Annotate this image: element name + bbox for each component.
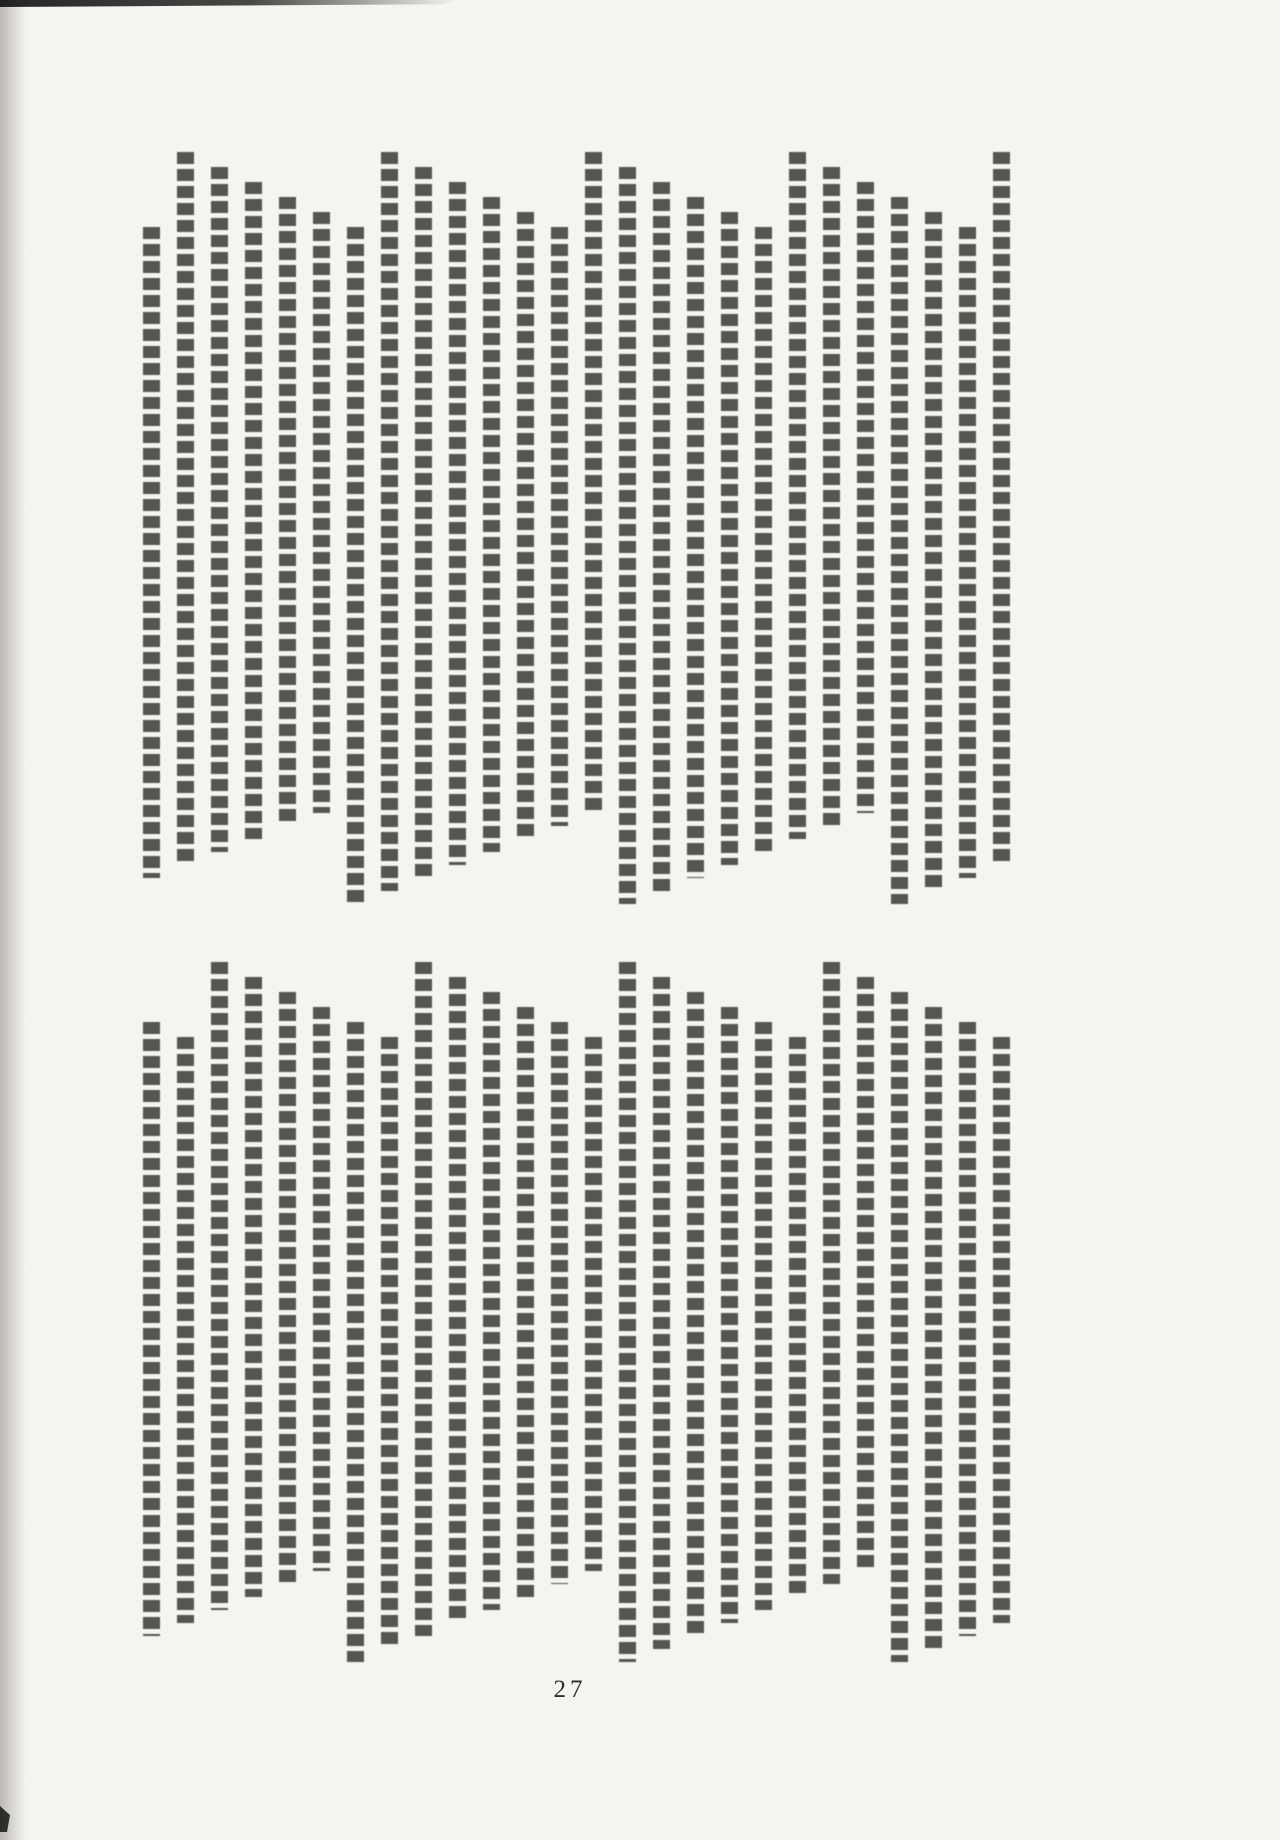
redacted-text-column	[891, 992, 908, 1662]
redacted-text-column	[415, 962, 432, 1636]
redacted-text-column	[721, 1007, 738, 1623]
redacted-text-column	[483, 992, 500, 1610]
redacted-text-column	[585, 152, 602, 813]
redacted-text-column	[177, 152, 194, 865]
redacted-text-column	[653, 977, 670, 1649]
redacted-text-column	[449, 182, 466, 865]
redacted-text-column	[789, 152, 806, 839]
redacted-text-column	[687, 992, 704, 1636]
page-number: 27	[130, 1676, 1010, 1704]
scan-artifact-top-edge	[0, 0, 460, 7]
redacted-text-column	[551, 1022, 568, 1584]
scanned-page: 27 Body text redacted: source prose is s…	[0, 0, 1280, 1840]
redacted-text-column	[619, 962, 636, 1662]
redacted-text-column	[517, 1007, 534, 1597]
redacted-text-column	[347, 1022, 364, 1662]
redacted-text-column	[313, 212, 330, 813]
scan-artifact-bottom-corner	[0, 1806, 10, 1832]
redacted-text-column	[381, 152, 398, 891]
redacted-text-column	[823, 167, 840, 826]
redacted-text-column	[143, 227, 160, 878]
redacted-text-column	[925, 1007, 942, 1649]
redacted-text-column	[517, 212, 534, 839]
redacted-text-column	[721, 212, 738, 865]
redacted-text-column	[483, 197, 500, 852]
redacted-text-column	[755, 227, 772, 852]
redacted-text-column	[279, 992, 296, 1584]
redacted-text-column	[245, 977, 262, 1597]
redacted-text-column	[993, 1037, 1010, 1623]
redacted-text-column	[925, 212, 942, 891]
redacted-text-column	[211, 167, 228, 852]
redacted-text-column	[279, 197, 296, 826]
redacted-text-column	[551, 227, 568, 826]
redacted-text-column	[653, 182, 670, 891]
redacted-text-column	[449, 977, 466, 1623]
redacted-text-column	[789, 1037, 806, 1597]
redacted-text-column	[143, 1022, 160, 1636]
redacted-text-column	[347, 227, 364, 904]
redacted-text-column	[823, 962, 840, 1584]
redacted-text-column	[959, 1022, 976, 1636]
redacted-text-column	[891, 197, 908, 904]
redacted-text-column	[619, 167, 636, 904]
redacted-text-column	[381, 1037, 398, 1649]
redacted-text-column	[177, 1037, 194, 1623]
redacted-text-column	[993, 152, 1010, 865]
redacted-text-column	[857, 977, 874, 1571]
text-block-top	[130, 152, 1010, 904]
redacted-text-column	[687, 197, 704, 878]
redacted-text-column	[585, 1037, 602, 1571]
text-block-bottom	[130, 962, 1010, 1662]
redacted-text-column	[211, 962, 228, 1610]
redacted-text-column	[415, 167, 432, 878]
redacted-text-column	[313, 1007, 330, 1571]
redacted-text-column	[959, 227, 976, 878]
redacted-text-column	[857, 182, 874, 813]
redacted-text-column	[245, 182, 262, 839]
left-edge-shadow	[0, 0, 26, 1840]
redacted-text-column	[755, 1022, 772, 1610]
